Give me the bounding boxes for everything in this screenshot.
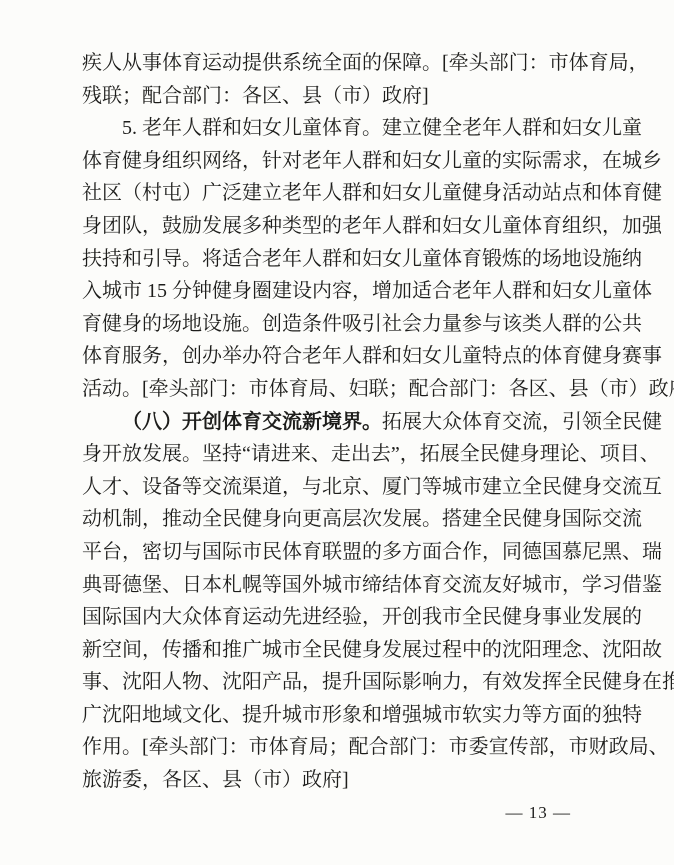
text-line: 疾人从事体育运动提供系统全面的保障。[牵头部门：市体育局， [82,47,593,80]
text-line: 新空间，传播和推广城市全民健身发展过程中的沈阳理念、沈阳故 [82,634,593,667]
text-line: 入城市 15 分钟健身圈建设内容，增加适合老年人群和妇女儿童体 [82,275,593,308]
page-number: — 13 — [506,800,572,826]
text-line: 活动。[牵头部门：市体育局、妇联；配合部门：各区、县（市）政府] [82,373,593,406]
document-page: 疾人从事体育运动提供系统全面的保障。[牵头部门：市体育局， 残联；配合部门：各区… [0,0,674,865]
text-line: 广沈阳地域文化、提升城市形象和增强城市软实力等方面的独特 [82,699,593,732]
text-line: 人才、设备等交流渠道，与北京、厦门等城市建立全民健身交流互 [82,471,593,504]
text-line-section-heading: （八）开创体育交流新境界。拓展大众体育交流，引领全民健 [82,406,593,439]
text-line: 扶持和引导。将适合老年人群和妇女儿童体育锻炼的场地设施纳 [82,243,593,276]
text-line: 国际国内大众体育运动先进经验，开创我市全民健身事业发展的 [82,601,593,634]
text-line: 身开放发展。坚持“请进来、走出去”，拓展全民健身理论、项目、 [82,438,593,471]
text-line: 平台，密切与国际市民体育联盟的多方面合作，同德国慕尼黑、瑞 [82,536,593,569]
body-text: 疾人从事体育运动提供系统全面的保障。[牵头部门：市体育局， 残联；配合部门：各区… [82,47,593,797]
text-line: 作用。[牵头部门：市体育局；配合部门：市委宣传部，市财政局、 [82,731,593,764]
text-line: 体育健身组织网络，针对老年人群和妇女儿童的实际需求，在城乡 [82,145,593,178]
text-line: 社区（村屯）广泛建立老年人群和妇女儿童健身活动站点和体育健 [82,177,593,210]
section-heading-continuation: 拓展大众体育交流，引领全民健 [382,411,662,433]
text-line-numbered-heading: 5. 老年人群和妇女儿童体育。建立健全老年人群和妇女儿童 [82,112,593,145]
text-line: 动机制，推动全民健身向更高层次发展。搭建全民健身国际交流 [82,503,593,536]
section-heading: （八）开创体育交流新境界。 [122,411,382,433]
text-line: 身团队，鼓励发展多种类型的老年人群和妇女儿童体育组织，加强 [82,210,593,243]
text-line: 事、沈阳人物、沈阳产品，提升国际影响力，有效发挥全民健身在推 [82,666,593,699]
text-line: 育健身的场地设施。创造条件吸引社会力量参与该类人群的公共 [82,308,593,341]
text-line: 旅游委，各区、县（市）政府] [82,764,593,797]
text-line: 典哥德堡、日本札幌等国外城市缔结体育交流友好城市，学习借鉴 [82,569,593,602]
text-line: 残联；配合部门：各区、县（市）政府] [82,80,593,113]
text-line: 体育服务，创办举办符合老年人群和妇女儿童特点的体育健身赛事 [82,340,593,373]
